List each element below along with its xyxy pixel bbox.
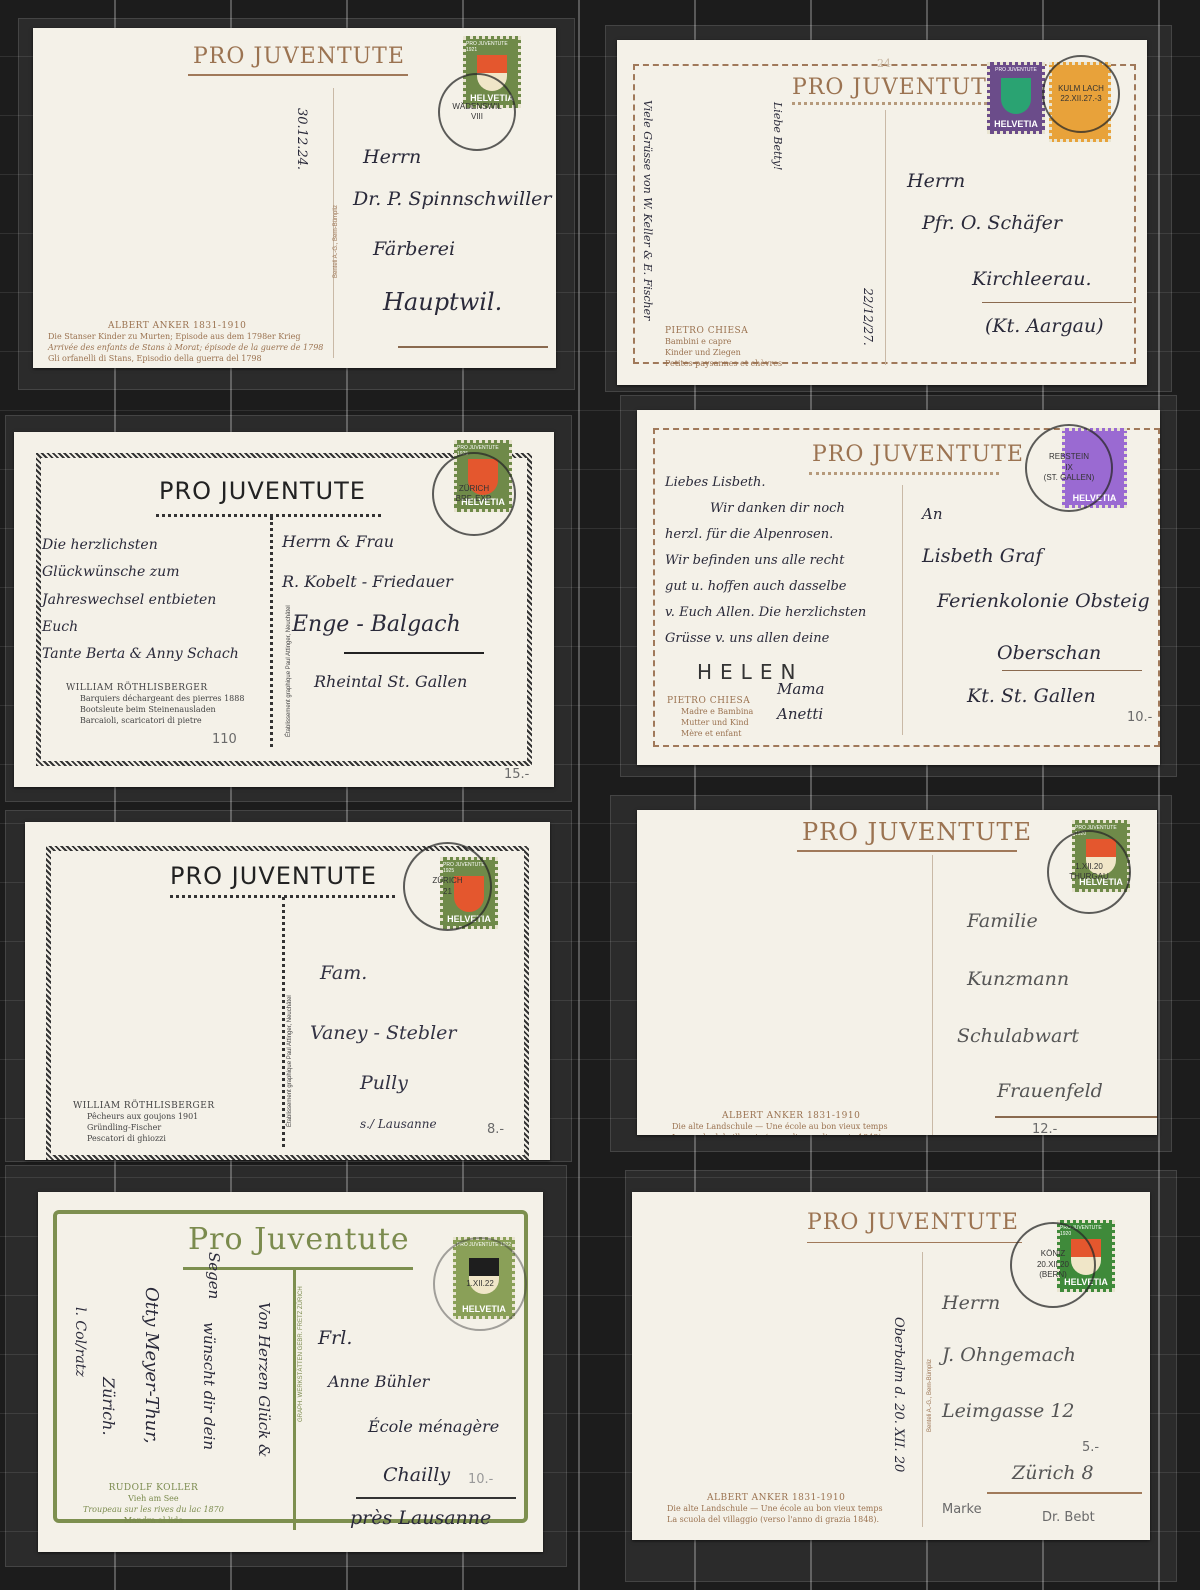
caption-line: Madre e Bambina: [667, 707, 753, 718]
postmark-town: KULM LACH: [1058, 84, 1104, 94]
postcard-3[interactable]: PRO JUVENTUTE PRO JUVENTUTE 1925 HELVETI…: [14, 432, 554, 787]
message-line: Liebes Lisbeth.: [665, 470, 866, 496]
card-caption: ALBERT ANKER 1831-1910 Die alte Landschu…: [667, 1492, 883, 1526]
message-line: Otty Meyer-Thur,: [134, 1287, 168, 1444]
artist-name: PIETRO CHIESA: [667, 695, 753, 707]
card-divider: [885, 110, 886, 365]
caption-line: Bambini e capre: [665, 337, 782, 348]
printer-imprint: Établissement graphique Paul Attinger, N…: [286, 605, 292, 737]
header-rule: [797, 850, 1017, 852]
card-divider: [932, 855, 933, 1135]
caption-line: Barquiers déchargeant des pierres 1888: [66, 694, 244, 705]
pencil-note: Marke: [942, 1502, 982, 1517]
caption-line: Pescatori di ghiozzi: [73, 1134, 215, 1145]
address-line: An: [922, 505, 943, 523]
address-underline: [344, 652, 484, 654]
postcard-2[interactable]: PRO JUVENTUTE 24 PRO JUVENTUTE HELVETIA …: [617, 40, 1147, 385]
postmark-town: KÖNIZ: [1041, 1249, 1065, 1259]
handstamped-name: HELEN: [697, 660, 803, 684]
card-divider: [270, 517, 273, 747]
pencil-price: 10.-: [1127, 710, 1152, 725]
artist-name: WILLIAM RÖTHLISBERGER: [66, 682, 244, 694]
address-line: Vaney - Stebler: [310, 1022, 456, 1044]
address-line: Leimgasse 12: [942, 1400, 1074, 1422]
postmark: KULM LACH 22.XII.27.-3: [1042, 55, 1120, 133]
message-line: Glückwünsche zum: [42, 559, 239, 586]
card-caption: ALBERT ANKER 1831-1910 Die alte Landschu…: [672, 1110, 888, 1135]
caption-line: Barcaioli, scaricatori di pietre: [66, 716, 244, 727]
message-line: l. Col/ratz: [66, 1307, 93, 1377]
top-mark: 24: [877, 57, 891, 72]
address-line: Kirchleerau.: [972, 268, 1091, 290]
postmark: ZÜRICH BRF. EXP.: [432, 452, 516, 536]
message-line: v. Euch Allen. Die herzlichsten: [665, 600, 866, 626]
postcard-1[interactable]: PRO JUVENTUTE PRO JUVENTUTE 1921 HELVETI…: [33, 28, 556, 368]
address-line: R. Kobelt - Friedauer: [282, 572, 453, 591]
postcard-5[interactable]: PRO JUVENTUTE PRO JUVENTUTE 1925 HELVETI…: [25, 822, 550, 1160]
card-header: PRO JUVENTUTE: [792, 75, 1004, 100]
caption-line: Kinder und Ziegen: [665, 348, 782, 359]
message-line: herzl. für die Alpenrosen.: [665, 522, 866, 548]
address-line: Anne Bühler: [328, 1372, 429, 1391]
postmark-date: 1.XII.20: [1075, 862, 1103, 872]
stamp-country: HELVETIA: [994, 119, 1038, 129]
address-line: Enge - Balgach: [292, 612, 461, 637]
address-line: s./ Lausanne: [360, 1117, 437, 1131]
message-line: Von Herzen Glück &: [250, 1302, 279, 1457]
caption-line: Pêcheurs aux goujons 1901: [73, 1112, 215, 1123]
message-line: Euch: [42, 614, 239, 641]
message-line: wünscht dir dein: [195, 1322, 224, 1450]
card-header: PRO JUVENTUTE: [193, 44, 405, 69]
message: Liebes Lisbeth. Wir danken dir noch herz…: [665, 470, 866, 652]
address-underline: [982, 302, 1132, 303]
message-date: 30.12.24.: [288, 108, 313, 170]
header-rule: [188, 74, 408, 76]
pencil-price: 8.-: [487, 1122, 504, 1137]
printer-imprint: Benteli A.-G., Bern-Bümpliz: [333, 205, 339, 278]
artist-name: ALBERT ANKER 1831-1910: [667, 1492, 883, 1504]
postmark: ZÜRICH 21: [403, 842, 492, 931]
caption-line: La scuola del villaggio (verso l'anno di…: [672, 1133, 888, 1135]
pencil-price: 110: [212, 732, 237, 747]
postmark: 1.XII.22: [433, 1237, 527, 1331]
address-line: Familie: [967, 910, 1038, 932]
stamp: PRO JUVENTUTE HELVETIA: [987, 62, 1045, 134]
address-line: Pully: [360, 1072, 408, 1094]
postmark-extra: VIII: [471, 112, 483, 122]
postmark: WÄDENSWIL VIII: [438, 73, 516, 151]
message-date: 22/12/27.: [856, 288, 879, 346]
caption-line: Petites paysannes et chèvres: [665, 359, 782, 370]
header-rule: [156, 514, 381, 517]
caption-line: Mandra al lido: [83, 1516, 224, 1527]
message-line: Die herzlichsten: [42, 532, 239, 559]
address-line: Oberschan: [997, 642, 1101, 664]
header-rule: [807, 1242, 1022, 1243]
postmark: 1.XII.20 THURGAU: [1047, 830, 1131, 914]
card-divider: [282, 897, 285, 1147]
artist-name: ALBERT ANKER 1831-1910: [672, 1110, 888, 1122]
printer-imprint: GRAPH. WERKSTÄTTEN GEBR. FRETZ ZÜRICH: [298, 1286, 304, 1422]
card-header: PRO JUVENTUTE: [807, 1210, 1019, 1235]
postcard-7[interactable]: Pro Juventute PRO JUVENTUTE 1922 HELVETI…: [38, 1192, 543, 1552]
address-line: (Kt. Aargau): [985, 315, 1104, 337]
printer-imprint: Établissement graphique Paul Attinger, N…: [287, 995, 293, 1127]
card-header: PRO JUVENTUTE: [159, 477, 366, 505]
card-divider: [293, 1270, 296, 1530]
pencil-price: 10.-: [468, 1472, 493, 1487]
stamp-top-text: PRO JUVENTUTE 1921: [466, 41, 518, 53]
address-line: Frauenfeld: [997, 1080, 1103, 1102]
caption-line: Vieh am See: [83, 1494, 224, 1505]
postmark-town: ZÜRICH: [432, 876, 462, 886]
address-line: Rheintal St. Gallen: [314, 672, 467, 691]
postmark-date: IX: [1065, 463, 1073, 473]
caption-line: Bootsleute beim Steinenausladen: [66, 705, 244, 716]
message-greeting: Liebe Betty!: [766, 102, 787, 170]
postmark-extra: (BERN): [1039, 1270, 1067, 1280]
address-underline: [1002, 670, 1142, 671]
address-line: Kt. St. Gallen: [967, 685, 1096, 707]
postmark-town: WÄDENSWIL: [452, 102, 501, 112]
caption-line: Die alte Landschule — Une école au bon v…: [672, 1122, 888, 1133]
postmark-town: REBSTEIN: [1049, 452, 1089, 462]
printer-imprint: Benteli A.-G., Bern-Bümpliz: [927, 1359, 933, 1432]
pencil-note: Dr. Bebt: [1042, 1510, 1095, 1525]
address-line: près Lausanne: [350, 1507, 491, 1529]
postmark-town: THURGAU: [1069, 872, 1109, 882]
address-line: Hauptwil.: [383, 288, 502, 316]
address-line: Pfr. O. Schäfer: [922, 212, 1062, 234]
postmark: REBSTEIN IX (ST. GALLEN): [1025, 424, 1113, 512]
caption-line: Die Stanser Kinder zu Murten; Episode au…: [48, 332, 323, 343]
card-caption: PIETRO CHIESA Bambini e capre Kinder und…: [665, 325, 782, 370]
postmark-date: 22.XII.27.-3: [1060, 94, 1101, 104]
card-caption: WILLIAM RÖTHLISBERGER Barquiers décharge…: [66, 682, 244, 727]
caption-line: Die alte Landschule — Une école au bon v…: [667, 1504, 883, 1515]
message-line: Wir danken dir noch: [665, 496, 866, 522]
address-line: Dr. P. Spinnschwiller: [353, 188, 552, 210]
coat-of-arms-icon: [1001, 78, 1031, 114]
message-line: Segen: [200, 1252, 229, 1299]
card-divider: [902, 485, 903, 735]
caption-line: Mère et enfant: [667, 729, 753, 740]
address-underline: [398, 346, 548, 348]
card-header: PRO JUVENTUTE: [170, 862, 377, 890]
message-signoff: Viele Grüsse von W. Keller & E. Fischer: [636, 100, 657, 320]
caption-line: Arrivée des enfants de Stans à Morat; ép…: [48, 343, 323, 354]
postcard-4[interactable]: PRO JUVENTUTE HELVETIA REBSTEIN IX (ST. …: [637, 410, 1160, 765]
message-line: Grüsse v. uns allen deine: [665, 626, 866, 652]
card-divider: [922, 1252, 923, 1527]
postcard-8[interactable]: PRO JUVENTUTE PRO JUVENTUTE 1920 HELVETI…: [632, 1192, 1150, 1540]
postmark: KÖNIZ 20.XII.20 (BERN): [1010, 1222, 1096, 1308]
address-line: Lisbeth Graf: [922, 545, 1042, 567]
stamp-top-text: PRO JUVENTUTE: [995, 67, 1037, 73]
address-line: Herrn: [942, 1292, 1000, 1314]
address-line: Kunzmann: [967, 968, 1069, 990]
address-line: Ferienkolonie Obsteig: [937, 590, 1150, 612]
address-line: Färberei: [373, 238, 455, 260]
card-caption: RUDOLF KOLLER Vieh am See Troupeau sur l…: [83, 1482, 224, 1527]
header-rule: [792, 102, 987, 105]
pencil-price: 15.-: [504, 767, 529, 782]
address-line: J. Ohngemach: [942, 1344, 1076, 1366]
message-line: Jahreswechsel entbieten: [42, 587, 239, 614]
artist-name: ALBERT ANKER 1831-1910: [48, 320, 323, 332]
caption-line: Gründling-Fischer: [73, 1123, 215, 1134]
postmark-date: 1.XII.22: [466, 1279, 494, 1289]
address-underline: [356, 1497, 516, 1499]
artist-name: PIETRO CHIESA: [665, 325, 782, 337]
caption-line: Mutter und Kind: [667, 718, 753, 729]
address-underline: [987, 1492, 1142, 1494]
postmark-extra: (ST. GALLEN): [1044, 473, 1095, 483]
pencil-price: 5.-: [1082, 1440, 1099, 1455]
address-line: École ménagère: [368, 1417, 499, 1436]
caption-line: La scuola del villaggio (verso l'anno di…: [667, 1515, 883, 1526]
address-line: Chailly: [383, 1464, 450, 1486]
postmark-date: 21: [443, 887, 452, 897]
postmark-extra: BRF. EXP.: [456, 494, 493, 504]
message-line: Tante Berta & Anny Schach: [42, 641, 239, 668]
address-line: Herrn: [363, 146, 421, 168]
artist-name: RUDOLF KOLLER: [83, 1482, 224, 1494]
caption-line: Gli orfanelli di Stans, Episodio della g…: [48, 354, 323, 365]
message-line: Zürich.: [93, 1377, 123, 1436]
address-line: Zürich 8: [1012, 1462, 1094, 1484]
pencil-price: 12.-: [1032, 1122, 1057, 1135]
card-header: PRO JUVENTUTE: [812, 442, 1024, 467]
message: Die herzlichsten Glückwünsche zum Jahres…: [42, 532, 239, 668]
address-underline: [995, 1116, 1157, 1118]
artist-name: WILLIAM RÖTHLISBERGER: [73, 1100, 215, 1112]
address-line: Herrn & Frau: [282, 532, 394, 551]
message-signature: Anetti: [777, 700, 823, 729]
card-caption: PIETRO CHIESA Madre e Bambina Mutter und…: [667, 695, 753, 740]
caption-line: Troupeau sur les rives du lac 1870: [83, 1505, 224, 1516]
card-caption: ALBERT ANKER 1831-1910 Die Stanser Kinde…: [48, 320, 323, 365]
card-header: PRO JUVENTUTE: [802, 818, 1032, 846]
address-line: Frl.: [318, 1327, 352, 1349]
card-caption: WILLIAM RÖTHLISBERGER Pêcheurs aux goujo…: [73, 1100, 215, 1145]
postmark-date: 20.XII.20: [1037, 1260, 1069, 1270]
address-line: Fam.: [320, 962, 367, 984]
message-line: gut u. hoffen auch dasselbe: [665, 574, 866, 600]
postcard-6[interactable]: PRO JUVENTUTE PRO JUVENTUTE 1920 HELVETI…: [637, 810, 1157, 1135]
message-date: Oberbalm d. 20. XII. 20: [885, 1317, 910, 1472]
message-line: Wir befinden uns alle recht: [665, 548, 866, 574]
address-line: Schulabwart: [957, 1025, 1079, 1047]
postmark-town: ZÜRICH: [459, 484, 489, 494]
address-line: Herrn: [907, 170, 965, 192]
